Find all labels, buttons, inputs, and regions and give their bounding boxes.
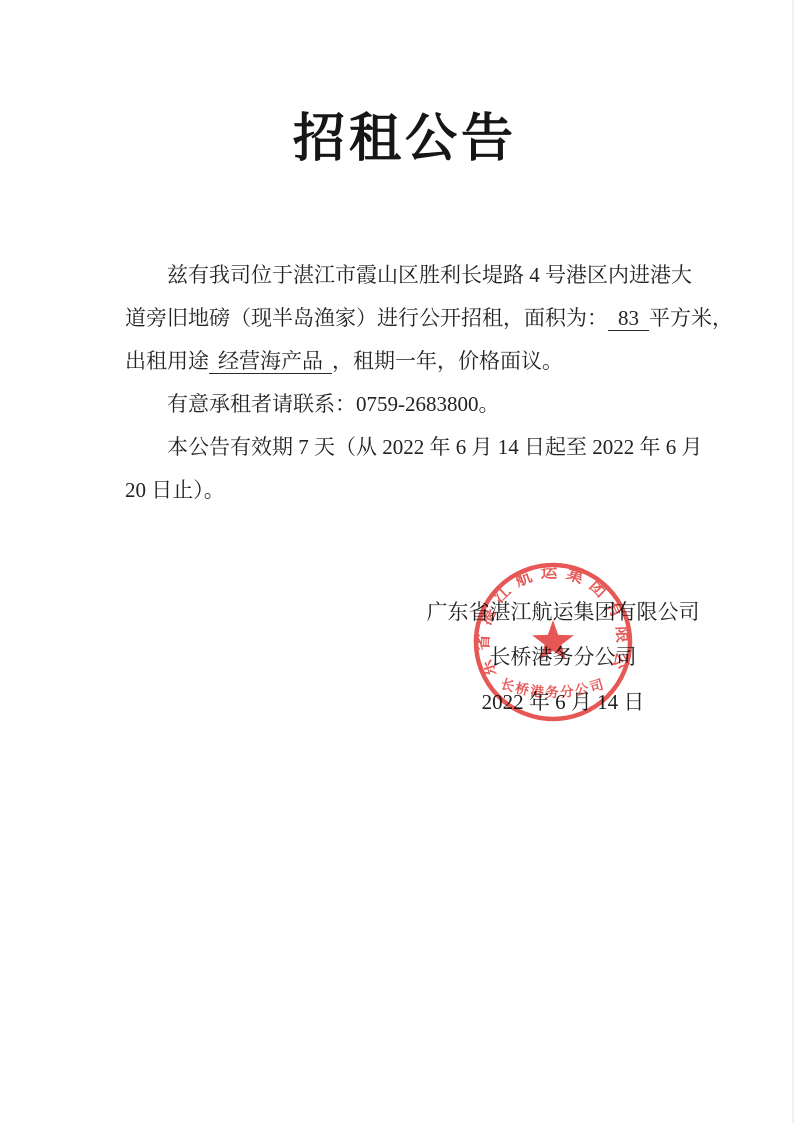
document-page: 招租公告 兹有我司位于湛江市霞山区胜利长堤路 4 号港区内进港大 道旁旧地磅（现… <box>0 0 794 1123</box>
body-line: 有意承租者请联系：0759-2683800。 <box>125 383 725 426</box>
signature-date: 2022 年 6 月 14 日 <box>408 680 718 725</box>
company-name: 广东省湛江航运集团有限公司 <box>408 590 718 635</box>
body-line: 道旁旧地磅（现半岛渔家）进行公开招租，面积为：83平方米， <box>125 297 725 340</box>
body-text: 兹有我司位于湛江市霞山区胜利长堤路 4 号港区内进港大 <box>167 263 692 287</box>
body-line: 出租用途经营海产品，租期一年，价格面议。 <box>125 340 725 383</box>
validity-text-cont: 20 日止）。 <box>125 478 225 502</box>
announcement-body: 兹有我司位于湛江市霞山区胜利长堤路 4 号港区内进港大 道旁旧地磅（现半岛渔家）… <box>125 254 725 512</box>
underlined-area-value: 83 <box>608 306 649 331</box>
body-text: 平方米， <box>649 306 733 330</box>
body-line: 本公告有效期 7 天（从 2022 年 6 月 14 日起至 2022 年 6 … <box>125 426 725 469</box>
body-text: 出租用途 <box>125 349 209 373</box>
body-text: 道旁旧地磅（现半岛渔家）进行公开招租，面积为： <box>125 306 608 330</box>
underlined-usage-value: 经营海产品 <box>209 349 332 374</box>
page-title: 招租公告 <box>0 96 792 171</box>
body-line: 20 日止）。 <box>125 469 725 512</box>
contact-text: 有意承租者请联系：0759-2683800。 <box>167 392 500 416</box>
validity-text: 本公告有效期 7 天（从 2022 年 6 月 14 日起至 2022 年 6 … <box>167 435 703 459</box>
body-line: 兹有我司位于湛江市霞山区胜利长堤路 4 号港区内进港大 <box>125 254 725 297</box>
signature-block: 广东省湛江航运集团有限公司 长桥港务分公司 2022 年 6 月 14 日 <box>408 590 718 725</box>
body-text: ，租期一年，价格面议。 <box>332 349 563 373</box>
branch-name: 长桥港务分公司 <box>408 635 718 680</box>
